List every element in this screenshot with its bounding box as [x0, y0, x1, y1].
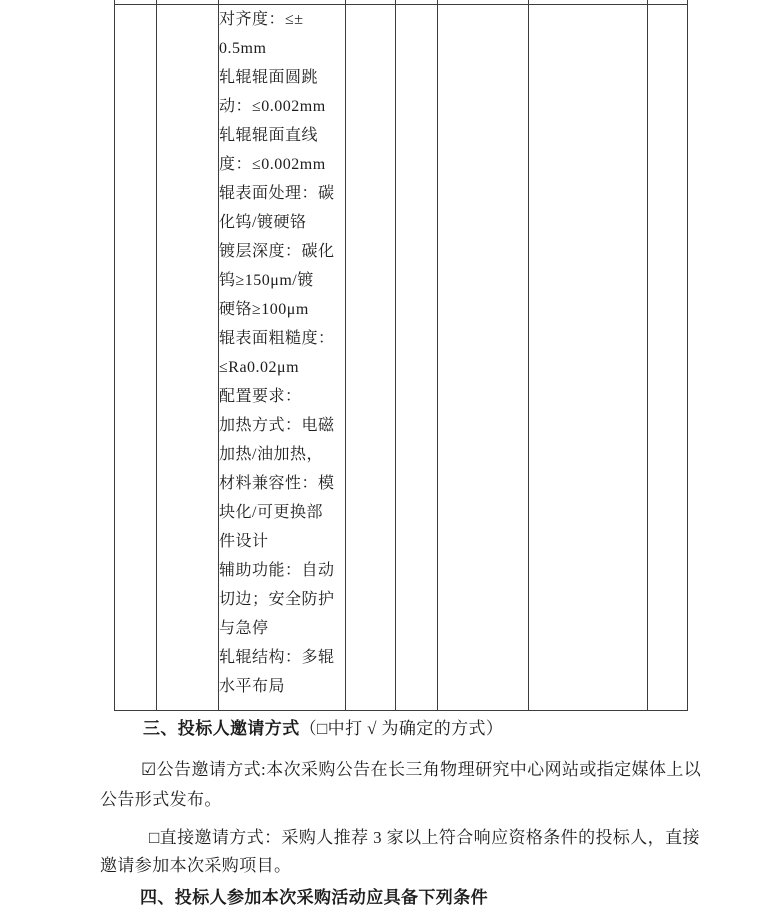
- spec-line: 件设计: [219, 527, 345, 556]
- table-cell-empty: [396, 5, 438, 711]
- spec-line: 轧辊辊面圆跳: [219, 63, 345, 92]
- spec-line: 辊表面处理：碳: [219, 179, 345, 208]
- public-invite-paragraph-line2: 公告形式发布。: [100, 790, 222, 810]
- direct-invite-paragraph-line2: 邀请参加本次采购项目。: [100, 856, 291, 876]
- spec-line: 镀层深度：碳化: [219, 237, 345, 266]
- direct-invite-text: 直接邀请方式：采购人推荐 3 家以上符合响应资格条件的投标人，直接: [160, 828, 700, 847]
- section-3-heading-text: 三、投标人邀请方式: [143, 719, 300, 738]
- spec-line: 动：≤0.002mm: [219, 92, 345, 121]
- spec-line: 度：≤0.002mm: [219, 150, 345, 179]
- spec-line: 辊表面粗糙度：: [219, 324, 345, 353]
- spec-line: 轧辊辊面直线: [219, 121, 345, 150]
- spec-line: 与急停: [219, 614, 345, 643]
- spec-line: 辅助功能：自动: [219, 556, 345, 585]
- spec-line: 化钨/镀硬铬: [219, 208, 345, 237]
- spec-line: ≤Ra0.02μm: [219, 353, 345, 382]
- table-cell-empty: [157, 5, 219, 711]
- spec-line: 对齐度：≤±: [219, 5, 345, 34]
- spec-line: 钨≥150μm/镀: [219, 266, 345, 295]
- section-3-heading-paren: （□中打 √ 为确定的方式）: [300, 719, 504, 738]
- spec-line: 水平布局: [219, 672, 345, 701]
- spec-line: 材料兼容性：模: [219, 469, 345, 498]
- document-page: 对齐度：≤±0.5mm轧辊辊面圆跳动：≤0.002mm轧辊辊面直线度：≤0.00…: [0, 0, 783, 918]
- spec-cell: 对齐度：≤±0.5mm轧辊辊面圆跳动：≤0.002mm轧辊辊面直线度：≤0.00…: [219, 5, 346, 711]
- table-cell-empty: [438, 5, 529, 711]
- spec-line: 配置要求：: [219, 382, 345, 411]
- table-row: 对齐度：≤±0.5mm轧辊辊面圆跳动：≤0.002mm轧辊辊面直线度：≤0.00…: [115, 5, 688, 711]
- public-invite-text: 公告邀请方式:本次采购公告在长三角物理研究中心网站或指定媒体上以: [157, 760, 702, 779]
- spec-line: 0.5mm: [219, 34, 345, 63]
- direct-invite-paragraph-line1: □直接邀请方式：采购人推荐 3 家以上符合响应资格条件的投标人，直接: [149, 828, 700, 848]
- spec-line: 轧辊结构：多辊: [219, 643, 345, 672]
- ballot-box-unchecked-icon: □: [149, 828, 160, 847]
- spec-table: 对齐度：≤±0.5mm轧辊辊面圆跳动：≤0.002mm轧辊辊面直线度：≤0.00…: [114, 0, 688, 711]
- section-3-heading: 三、投标人邀请方式（□中打 √ 为确定的方式）: [143, 719, 503, 739]
- spec-line: 加热方式：电磁: [219, 411, 345, 440]
- table-cell-empty: [115, 5, 157, 711]
- ballot-box-checked-icon: ☑: [141, 760, 157, 779]
- spec-line: 硬铬≥100μm: [219, 295, 345, 324]
- spec-line: 切边；安全防护: [219, 585, 345, 614]
- table-cell-empty: [346, 5, 396, 711]
- table-cell-empty: [529, 5, 648, 711]
- public-invite-paragraph-line1: ☑公告邀请方式:本次采购公告在长三角物理研究中心网站或指定媒体上以: [141, 760, 701, 780]
- spec-line: 加热/油加热，: [219, 440, 345, 469]
- spec-line: 块化/可更换部: [219, 498, 345, 527]
- table-cell-empty: [648, 5, 688, 711]
- section-4-heading: 四、投标人参加本次采购活动应具备下列条件: [140, 888, 488, 908]
